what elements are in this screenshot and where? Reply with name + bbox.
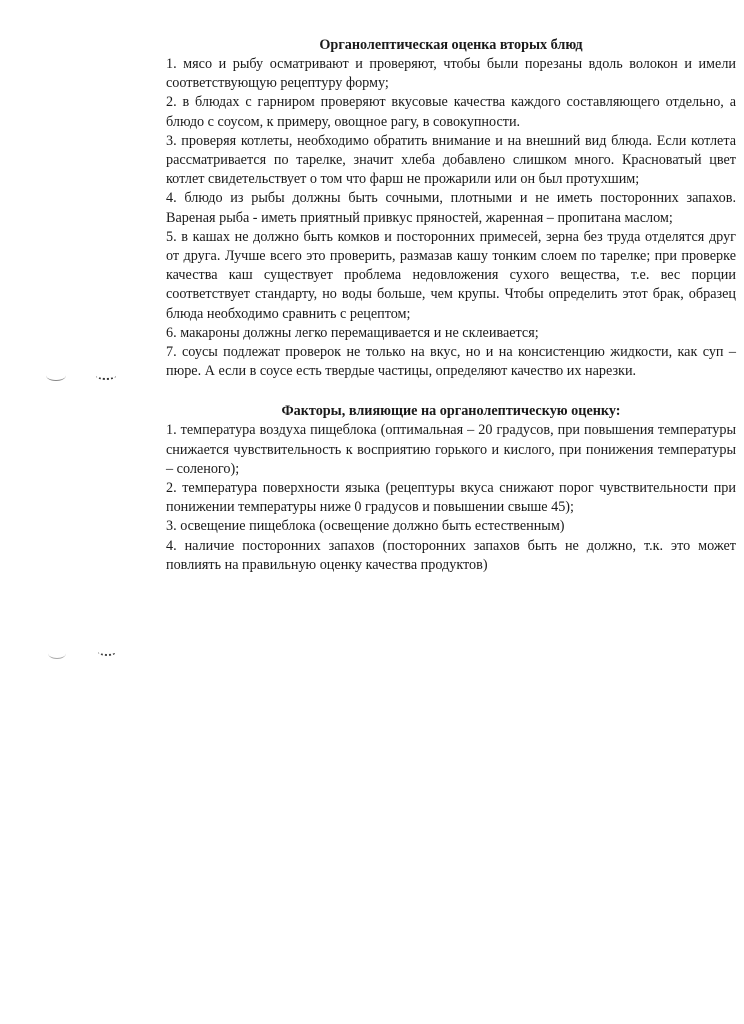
list-item: 4. наличие посторонних запахов (посторон… bbox=[166, 537, 736, 575]
section-title-factors: Факторы, влияющие на органолептическую о… bbox=[166, 402, 736, 421]
punch-hole-mark bbox=[98, 648, 116, 656]
list-item: 2. температура поверхности языка (рецепт… bbox=[166, 479, 736, 517]
section-gap bbox=[166, 381, 736, 402]
list-item: 1. температура воздуха пищеблока (оптима… bbox=[166, 421, 736, 479]
list-item: 3. освещение пищеблока (освещение должно… bbox=[166, 517, 736, 536]
list-item: 6. макароны должны легко перемащивается … bbox=[166, 324, 736, 343]
list-item: 3. проверяя котлеты, необходимо обратить… bbox=[166, 132, 736, 190]
list-item: 7. соусы подлежат проверок не только на … bbox=[166, 343, 736, 381]
punch-hole-mark bbox=[96, 372, 116, 380]
punch-hole-mark bbox=[46, 370, 66, 381]
list-item: 1. мясо и рыбу осматривают и проверяют, … bbox=[166, 55, 736, 93]
document-page: Органолептическая оценка вторых блюд 1. … bbox=[166, 36, 736, 575]
section-title-second-courses: Органолептическая оценка вторых блюд bbox=[166, 36, 736, 55]
punch-hole-mark bbox=[48, 648, 66, 659]
list-item: 2. в блюдах с гарниром проверяют вкусовы… bbox=[166, 93, 736, 131]
list-item: 4. блюдо из рыбы должны быть сочными, пл… bbox=[166, 189, 736, 227]
list-item: 5. в кашах не должно быть комков и посто… bbox=[166, 228, 736, 324]
